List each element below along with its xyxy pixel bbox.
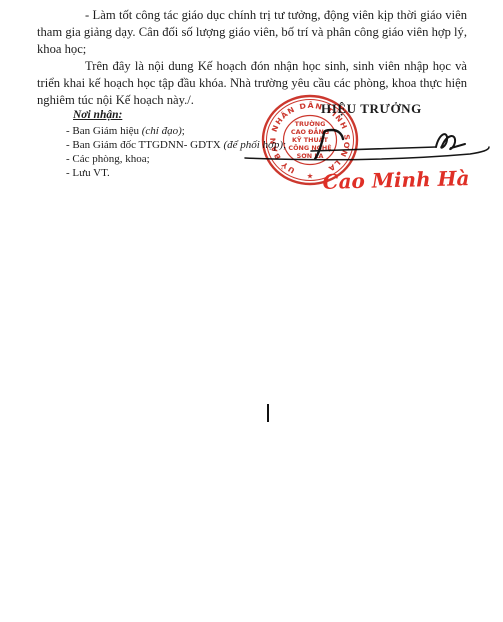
recipient-text: - Lưu VT. [66, 167, 110, 179]
text-caret [267, 404, 269, 422]
signature-hook-stroke [315, 130, 343, 159]
recipient-text: - Các phòng, khoa; [66, 153, 150, 165]
document-body: - Làm tốt công tác giáo dục chính trị tư… [37, 7, 467, 109]
signature-loop-flourish [436, 134, 465, 149]
handwritten-signature [240, 110, 503, 215]
recipient-note: (chỉ đạo) [142, 125, 182, 137]
recipient-text: - Ban Giám hiệu [66, 125, 142, 137]
recipient-punct: ; [182, 125, 185, 137]
document-page: - Làm tốt công tác giáo dục chính trị tư… [0, 0, 503, 622]
recipient-text: - Ban Giám đốc TTGDNN- GDTX [66, 139, 223, 151]
signer-name: Cao Minh Hà [318, 166, 475, 194]
signature-upper-line [311, 147, 436, 151]
body-paragraph-1: - Làm tốt công tác giáo dục chính trị tư… [37, 7, 467, 57]
